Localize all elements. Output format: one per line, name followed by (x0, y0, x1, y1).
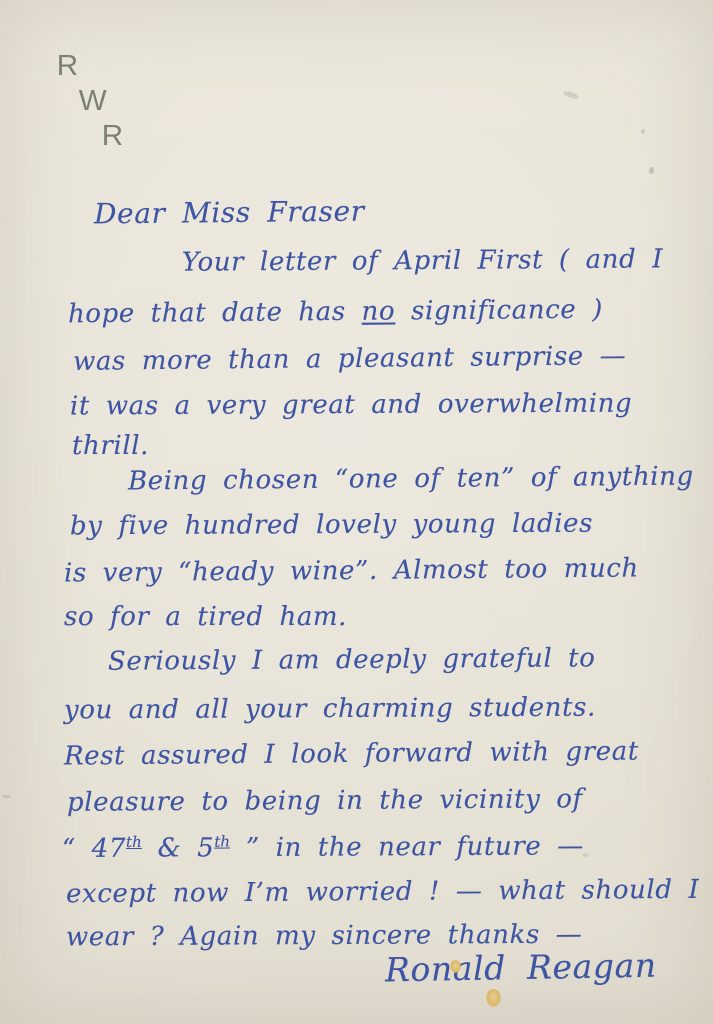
paper-speck (649, 167, 654, 174)
letter-line: Your letter of April First ( and I (182, 244, 663, 277)
ordinal-superscript: th (214, 832, 230, 850)
letter-line: it was a very great and overwhelming (70, 389, 632, 422)
paper-stain (486, 989, 501, 1007)
line-segment: “ 47 (62, 834, 126, 864)
letter-line: was more than a pleasant surprise — (73, 341, 627, 377)
letter-line: “ 47th & 5th ” in the near future — (62, 831, 584, 864)
monogram-letter-r1: R (57, 50, 79, 83)
monogram-letter-r2: R (102, 120, 124, 153)
letter-line: so for a tired ham. (64, 602, 347, 632)
letter-line: except now I’m worried ! — what should I (66, 875, 699, 909)
salutation-line: Dear Miss Fraser (94, 195, 365, 231)
paper-speck (583, 853, 588, 857)
letter-page: R W R Dear Miss Fraser Your letter of Ap… (0, 0, 713, 1024)
letter-line: hope that date has no significance ) (68, 295, 603, 330)
letter-line: you and all your charming students. (64, 693, 596, 726)
underlined-word: no (361, 296, 395, 326)
letter-line: Seriously I am deeply grateful to (108, 643, 596, 676)
letter-line: by five hundred lovely young ladies (70, 509, 593, 542)
paper-speck (562, 89, 579, 100)
line-segment: & 5 (142, 833, 215, 863)
letter-line: thrill. (72, 431, 149, 461)
letter-line: is very “heady wine”. Almost too much (64, 553, 639, 588)
paper-speck (641, 129, 645, 134)
monogram-letter-w: W (79, 85, 108, 118)
letter-line: Rest assured I look forward with great (64, 736, 639, 771)
paper-speck (2, 795, 11, 798)
ordinal-superscript: th (126, 833, 142, 851)
letter-line: Being chosen “one of ten” of anything (128, 462, 694, 497)
line-segment: ” in the near future — (230, 831, 584, 863)
letter-line: pleasure to being in the vicinity of (67, 784, 583, 818)
line-segment: hope that date has (68, 297, 362, 330)
signature: Ronald Reagan (385, 946, 657, 990)
line-segment: significance ) (395, 295, 603, 327)
paper-stain (450, 960, 461, 973)
